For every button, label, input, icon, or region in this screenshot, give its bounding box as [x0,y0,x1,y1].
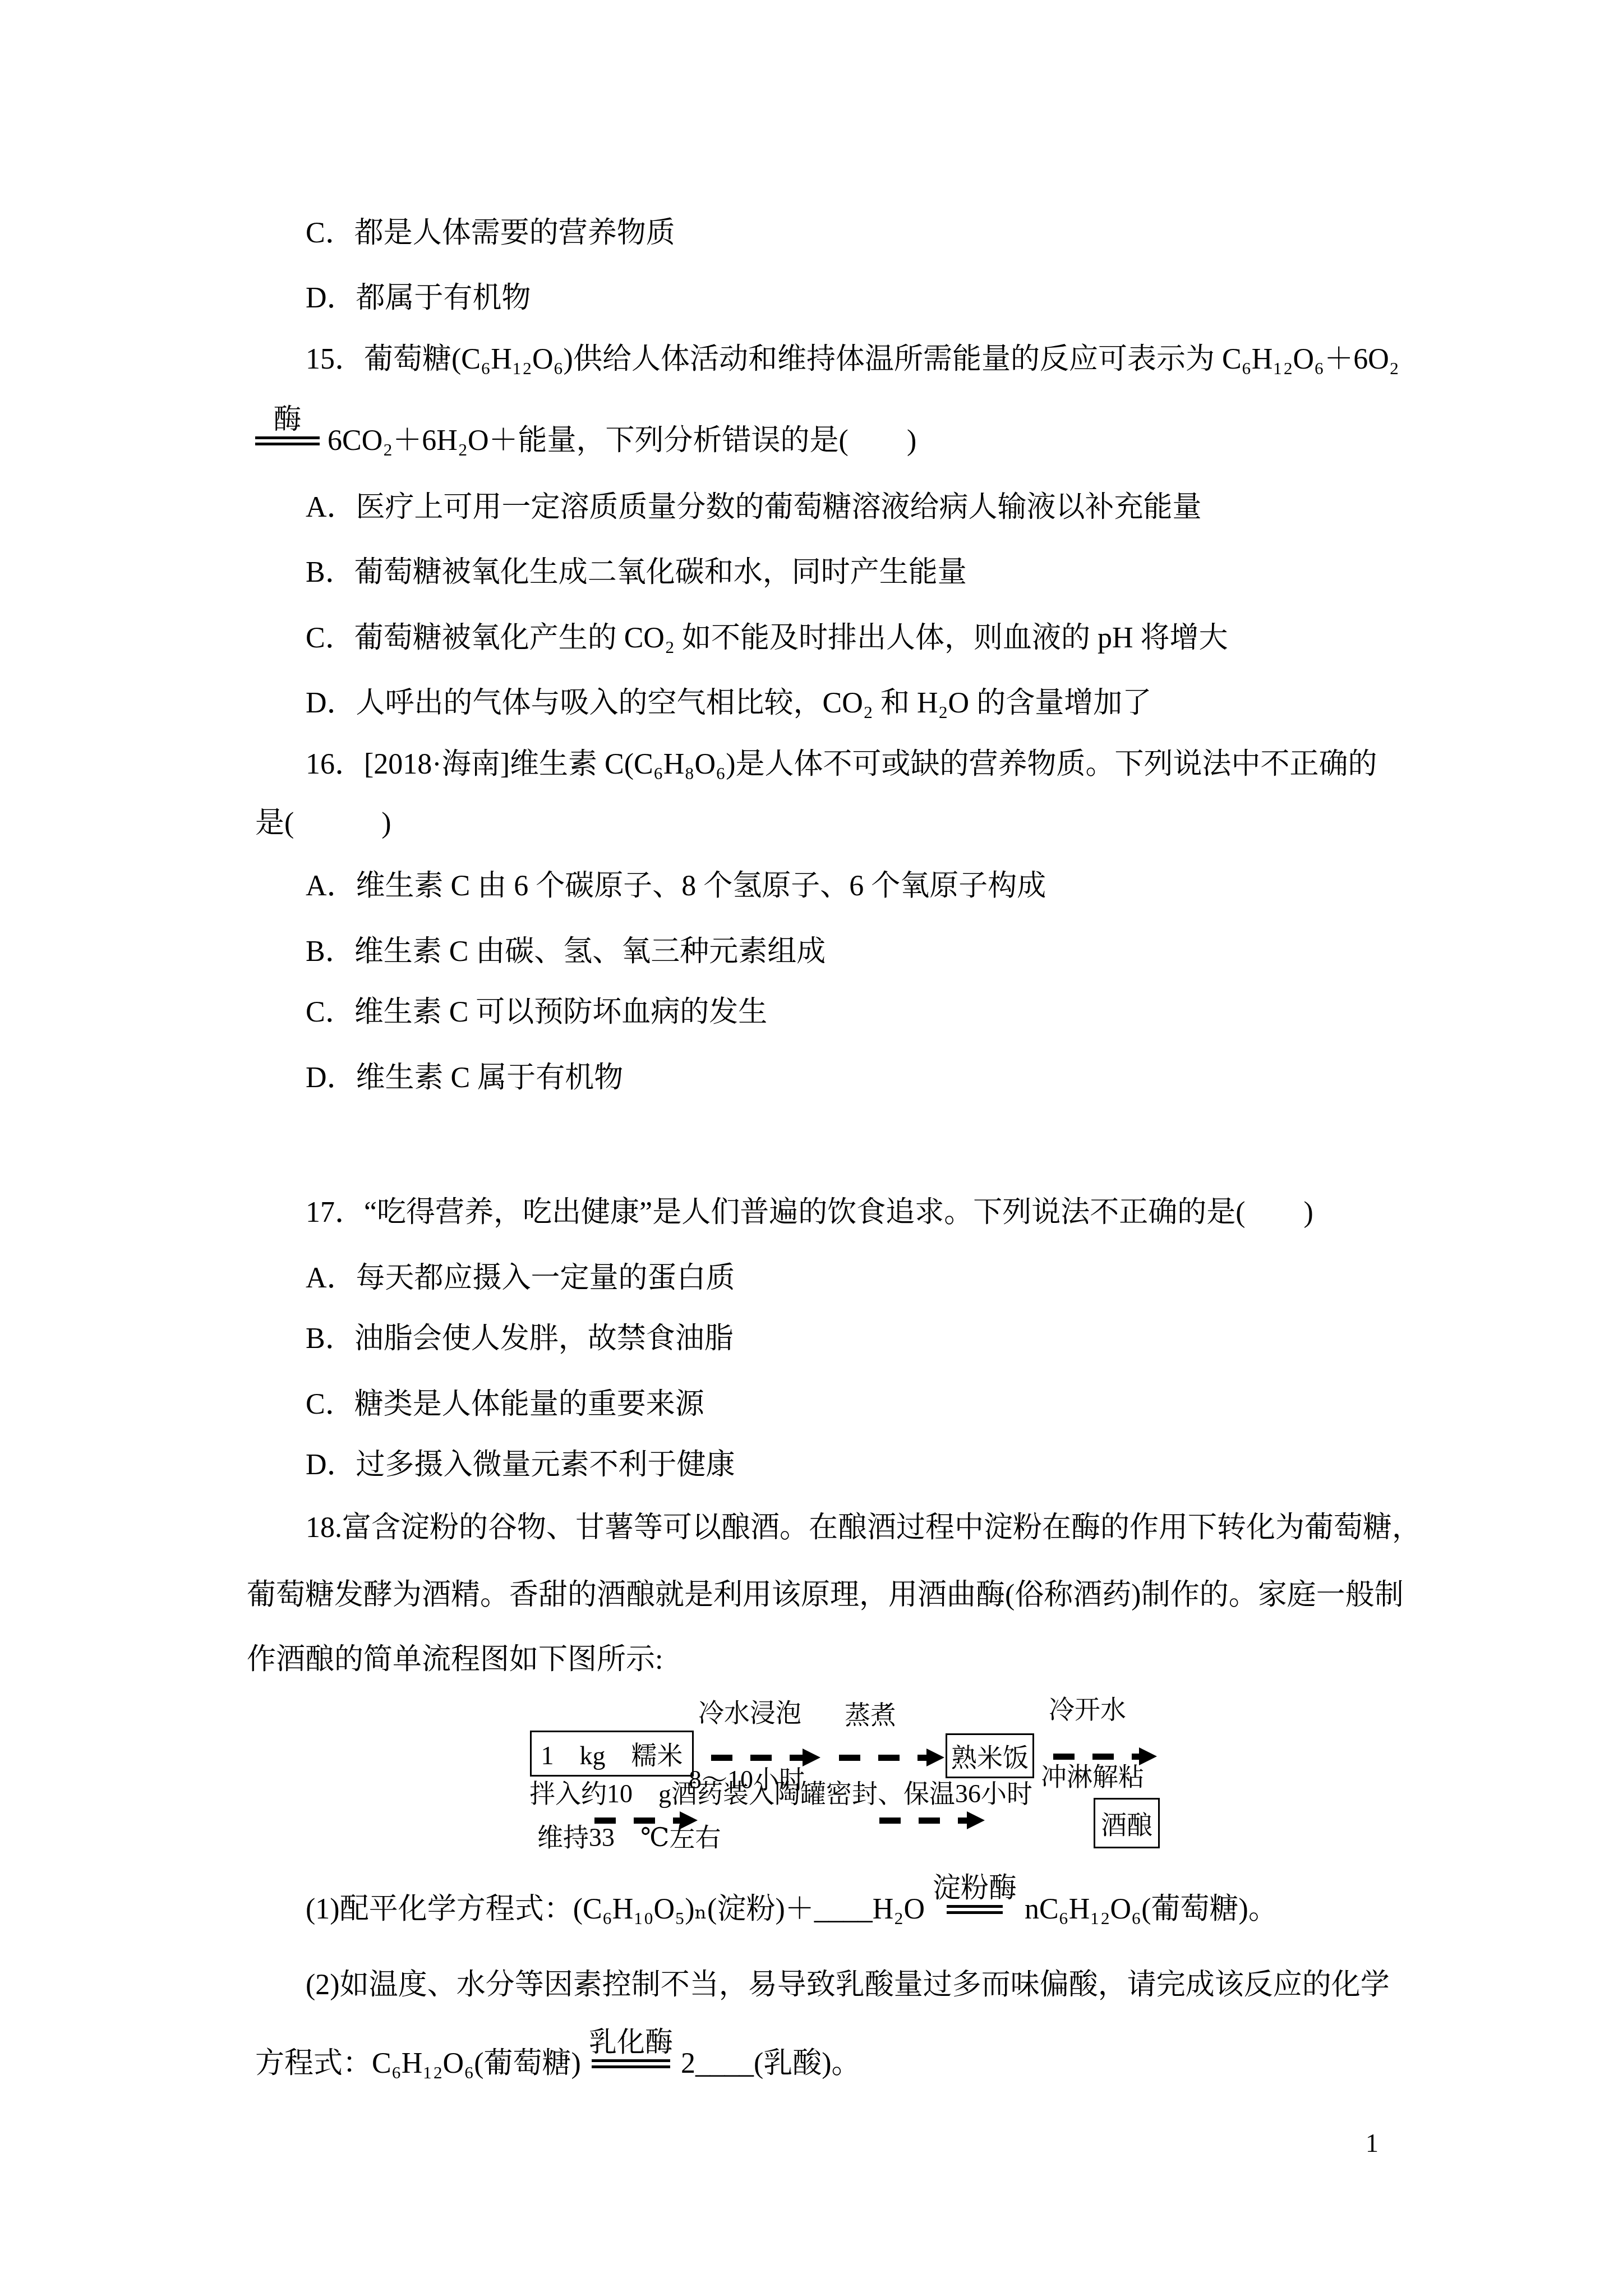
dash-line [1053,1754,1140,1760]
q15-option-c: C．葡萄糖被氧化产生的 CO₂ 如不能及时排出人体，则血液的 pH 将增大 [306,619,1228,657]
blank-field[interactable]: ____ [814,1890,873,1929]
q18-sub2-product: (乳酸)。 [754,2045,861,2083]
dash-line [711,1755,804,1761]
dash-line [839,1755,928,1761]
q18-sub2-prefix: 方程式：C₆H₁₂O₆(葡萄糖) [255,2045,581,2083]
flow-step4-label-line1: 拌入约10 g酒药装入陶罐密封、保温36小时 [529,1779,1032,1809]
q18-sub2-coefficient: 2 [681,2045,695,2083]
dashed-arrow-icon [1053,1754,1157,1760]
flow-box-rice: 1 kg 糯米 [530,1731,694,1777]
flow-box-result-label: 酒酿 [1101,1805,1152,1842]
q18-sub2-line1: (2)如温度、水分等因素控制不当，易导致乳酸量过多而味偏酸，请完成该反应的化学 [306,1966,1390,2004]
q16-option-a: A．维生素 C 由 6 个碳原子、8 个氢原子、6 个氧原子构成 [306,867,1046,905]
q18-sub2-catalyst-label: 乳化酶 [589,2028,673,2056]
q15-stem-line2: 6CO₂＋6H₂O＋能量，下列分析错误的是( ) [328,422,916,460]
flow-step4-label-line2: 维持33 ℃左右 [537,1823,721,1853]
q16-stem-line2: 是( ) [255,804,391,843]
q18-sub1-reactant2: H₂O [873,1890,925,1929]
page-number: 1 [1366,2131,1378,2156]
q16-stem-line1: 16．[2018·海南]维生素 C(C₆H₈O₆)是人体不可或缺的营养物质。下列… [306,746,1377,784]
q18-intro-line3: 作酒酿的简单流程图如下图所示: [247,1641,663,1679]
q15-catalyst-stack: 酶 [255,405,320,445]
flow-step1-top-label: 冷水浸泡 [698,1699,801,1728]
q17-option-b: B．油脂会使人发胖，故禁食油脂 [306,1320,734,1358]
flow-box-cooked-rice-label: 熟米饭 [951,1737,1029,1774]
flow-box-rice-label: 1 kg 糯米 [541,1735,683,1772]
dashed-arrow-icon [879,1818,985,1824]
q17-option-d: D．过多摄入微量元素不利于健康 [306,1446,735,1484]
worksheet-page: C．都是人体需要的营养物质 D．都属于有机物 15．葡萄糖(C₆H₁₂O₆)供给… [0,0,1623,2296]
q17-stem: 17．“吃得营养，吃出健康”是人们普遍的饮食追求。下列说法不正确的是( ) [306,1194,1313,1232]
equals-double-line [255,436,320,445]
q14-option-c: C．都是人体需要的营养物质 [306,214,675,252]
dashed-arrow-icon [711,1755,820,1761]
q16-option-d: D．维生素 C 属于有机物 [306,1059,623,1097]
q18-intro-line2: 葡萄糖发酵为酒精。香甜的酒酿就是利用该原理，用酒曲酶(俗称酒药)制作的。家庭一般… [247,1576,1404,1614]
q15-equation-line: 酶 6CO₂＋6H₂O＋能量，下列分析错误的是( ) [255,405,916,460]
q17-option-c: C．糖类是人体能量的重要来源 [306,1386,704,1424]
equals-double-line [592,2059,670,2068]
q15-option-b: B．葡萄糖被氧化生成二氧化碳和水，同时产生能量 [306,554,967,592]
q18-sub1-product: nC₆H₁₂O₆(葡萄糖)。 [1025,1890,1278,1929]
flow-step3-top-label: 冷开水 [1049,1695,1126,1725]
flow-step2-top-label: 蒸煮 [845,1701,896,1731]
flow-box-result: 酒酿 [1094,1798,1160,1848]
dashed-arrow-icon [839,1755,944,1761]
q17-option-a: A．每天都应摄入一定量的蛋白质 [306,1259,735,1297]
q15-option-d: D．人呼出的气体与吸入的空气相比较，CO₂ 和 H₂O 的含量增加了 [306,684,1151,723]
q18-intro-line1: 18.富含淀粉的谷物、甘薯等可以酿酒。在酿酒过程中淀粉在酶的作用下转化为葡萄糖， [306,1509,1421,1547]
q16-option-c: C．维生素 C 可以预防坏血病的发生 [306,993,767,1032]
blank-field[interactable]: ____ [695,2045,754,2083]
q15-stem-line1: 15．葡萄糖(C₆H₁₂O₆)供给人体活动和维持体温所需能量的反应可表示为 C₆… [306,341,1399,379]
equals-double-line [947,1905,1003,1914]
q18-sub1-catalyst-stack: 淀粉酶 [933,1874,1017,1914]
q15-catalyst-label: 酶 [274,405,302,433]
q15-option-a: A．医疗上可用一定溶质质量分数的葡萄糖溶液给病人输液以补充能量 [306,489,1202,527]
q16-option-b: B．维生素 C 由碳、氢、氧三种元素组成 [306,933,826,971]
flow-box-cooked-rice: 熟米饭 [946,1733,1034,1778]
dash-line [879,1818,968,1824]
q18-sub2-equation: 方程式：C₆H₁₂O₆(葡萄糖) 乳化酶 2____(乳酸)。 [255,2028,861,2083]
flow-step3-bottom-label: 冲淋解粘 [1041,1763,1144,1792]
q18-sub2-catalyst-stack: 乳化酶 [589,2028,673,2068]
q14-option-d: D．都属于有机物 [306,279,531,318]
q18-sub1-catalyst-label: 淀粉酶 [933,1874,1017,1902]
q18-sub1-prefix: (1)配平化学方程式：(C₆H₁₀O₅)ₙ(淀粉)＋ [306,1890,814,1929]
q18-sub1-equation: (1)配平化学方程式：(C₆H₁₀O₅)ₙ(淀粉)＋____H₂O 淀粉酶 nC… [306,1874,1278,1929]
